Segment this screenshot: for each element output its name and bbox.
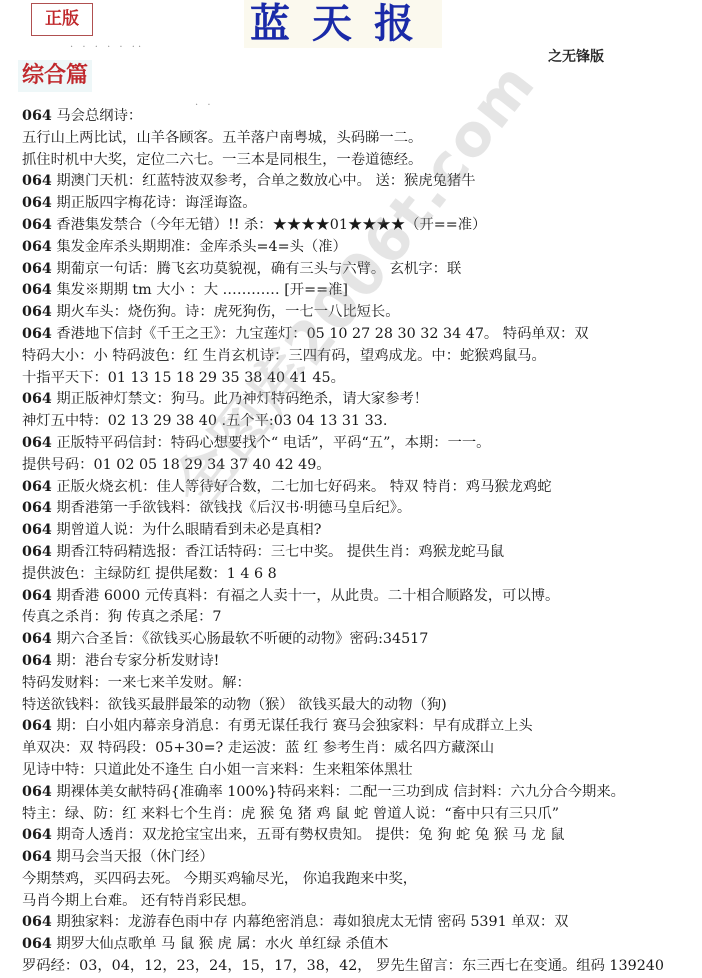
text-line: 064 期：港台专家分析发财诗!: [22, 651, 698, 673]
text-line: 064 集发金库杀头期期准：金库杀头=4=头（准）: [22, 237, 698, 259]
text-line: 064 期六合圣旨：《欲钱买心肠最软不听硬的动物》密码:34517: [22, 629, 698, 651]
text-line: 神灯五中特：02 13 29 38 40 .五个平:03 04 13 31 33…: [22, 411, 698, 433]
text-line: 064 期香港 6000 元传真料：有福之人卖十一，从此贵。二十相合顺路发，可以…: [22, 586, 698, 608]
text-line: 064 香港地下信封《千王之王》：九宝莲灯：05 10 27 28 30 32 …: [22, 324, 698, 346]
text-line: 064 集发※期期 tm 大小 ：大 ………… [开==准]: [22, 280, 698, 302]
text-line: 064 期火车头：烧伤狗。诗：虎死狗伤，一七一八比短长。: [22, 302, 698, 324]
text-line: 064 期罗大仙点歌单 马 鼠 猴 虎 属：水火 单红绿 杀值木: [22, 934, 698, 956]
text-line: 十指平天下：01 13 15 18 29 35 38 40 41 45。: [22, 368, 698, 390]
text-line: 064 期裸体美女献特码{准确率 100%}特码来料：二配一三功到成 信封料：六…: [22, 782, 698, 804]
text-line: 罗码经：03，04，12，23，24，15，17，38，42， 罗先生留言：东三…: [22, 956, 698, 978]
text-line: 单双决：双 特码段：05+30=? 走运波：蓝 红 参考生肖：威名四方藏深山: [22, 738, 698, 760]
text-line: 特送欲钱料：欲钱买最胖最笨的动物（猴） 欲钱买最大的动物（狗): [22, 695, 698, 717]
text-line: 064 期奇人透肖：双龙抢宝宝出来，五哥有勢权贵知。 提供：兔 狗 蛇 兔 猴 …: [22, 825, 698, 847]
text-line: 064 期香港第一手欲钱料：欲钱找《后汉书·明德马皇后纪》。: [22, 498, 698, 520]
text-line: 064 正版火烧玄机：佳人等待好合数，二七加七好码来。 特双 特肖：鸡马猴龙鸡蛇: [22, 477, 698, 499]
edition-subtitle: 之无锋版: [548, 46, 604, 66]
authentic-badge: 正版: [31, 3, 93, 36]
text-line: 特码大小：小 特码波色：红 生肖玄机诗：三四有码，望鸡成龙。中：蛇猴鸡鼠马。: [22, 346, 698, 368]
text-line: 064 期葡京一句话：腾飞玄功莫貌视，确有三头与六臂。 玄机字：联: [22, 259, 698, 281]
text-line: 064 香港集发禁合（今年无错）!! 杀：★★★★01★★★★（开==准）: [22, 215, 698, 237]
text-line: 064 期澳门天机：红蓝特波双参考，合单之数放心中。 送：猴虎兔猪牛: [22, 171, 698, 193]
text-line: 特主：绿、防：红 来料七个生肖：虎 猴 兔 猪 鸡 鼠 蛇 曾道人说：“畜中只有…: [22, 804, 698, 826]
text-line: 064 期：白小姐内幕亲身消息：有勇无谋任我行 赛马会独家料：早有成群立上头: [22, 716, 698, 738]
text-line: 五行山上两比试，山羊各顾客。五羊落户南粤城，头码睇一二。: [22, 128, 698, 150]
text-line: 064 期曾道人说：为什么眼睛看到未必是真相?: [22, 520, 698, 542]
text-line: 提供波色：主绿防红 提供尾数：1 4 6 8: [22, 564, 698, 586]
text-line: 064 期马会当天报（休门经）: [22, 847, 698, 869]
text-line: 064 期独家料：龙游春色雨中存 内幕绝密消息：毒如狼虎太无情 密码 5391 …: [22, 912, 698, 934]
section-title: 综合篇: [18, 60, 92, 92]
text-line: 提供号码：01 02 05 18 29 34 37 40 42 49。: [22, 455, 698, 477]
text-line: 064 马会总纲诗：: [22, 106, 698, 128]
text-line: 064 期香江特码精选报：香江话特码：三七中奖。 提供生肖：鸡猴龙蛇马鼠: [22, 542, 698, 564]
text-line: 064 期正版四字梅花诗：诲淫诲盗。: [22, 193, 698, 215]
text-line: 传真之杀肖：狗 传真之杀尾：7: [22, 607, 698, 629]
text-line: 抓住时机中大奖，定位二六七。一三本是同根生，一卷道德经。: [22, 150, 698, 172]
text-line: 见诗中特：只道此处不逢生 白小姐一言来料：生来粗笨体黑壮: [22, 760, 698, 782]
text-line: 特码发财料：一来七来羊发财。解：: [22, 673, 698, 695]
faint-artifact: · · · · · ··: [70, 42, 144, 53]
document-body: 064 马会总纲诗： 五行山上两比试，山羊各顾客。五羊落户南粤城，头码睇一二。 …: [22, 106, 698, 978]
text-line: 064 期正版神灯禁文：狗马。此乃神灯特码绝杀，请大家参考！: [22, 389, 698, 411]
text-line: 064 正版特平码信封：特码心想要找个“ 电话”，平码“五”，本期：一一。: [22, 433, 698, 455]
page-title: 蓝天报: [244, 0, 442, 48]
text-line: 马肖今期上台难。 还有特肖彩民想。: [22, 891, 698, 913]
text-line: 今期禁鸡，买四码去死。 今期买鸡输尽光， 你追我跑来中奖，: [22, 869, 698, 891]
